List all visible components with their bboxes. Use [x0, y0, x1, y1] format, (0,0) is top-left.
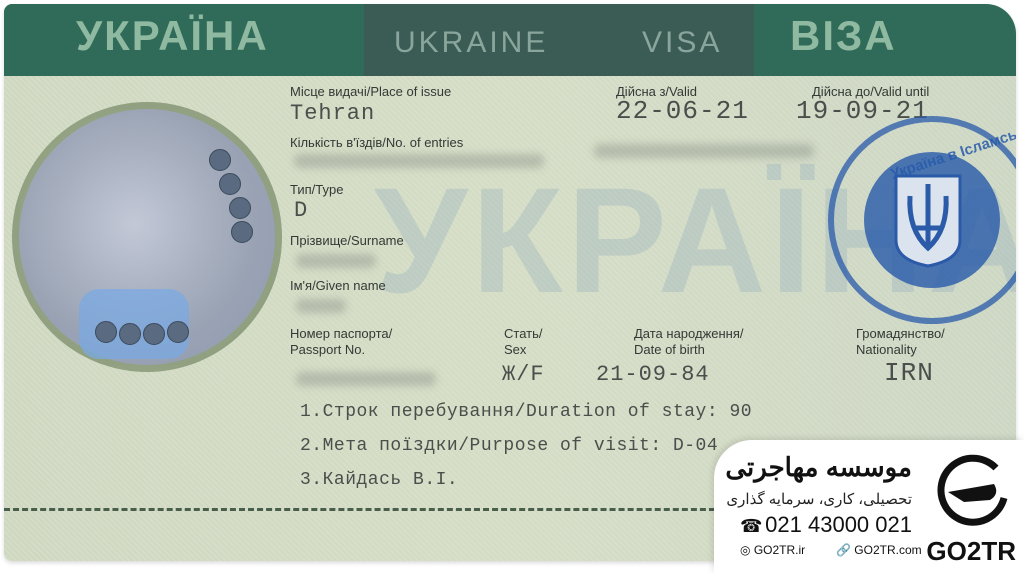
hologram-dot [143, 323, 165, 345]
given-name-label: Ім'я/Given name [290, 278, 386, 293]
country-name-en: UKRAINE [394, 26, 548, 60]
promo-badge: موسسه مهاجرتی تحصیلی، کاری، سرمایه گذاری… [714, 440, 1024, 573]
passport-label-ua: Номер паспорта/ [290, 326, 392, 341]
phone-icon: ☎ [740, 516, 762, 537]
entries-label: Кількість в'їздів/No. of entries [290, 135, 463, 150]
hologram-dot [209, 149, 231, 171]
remark-purpose: 2.Мета поїздки/Purpose of visit: D-04 [300, 436, 718, 456]
type-value: D [294, 198, 308, 223]
place-of-issue-label: Місце видачі/Place of issue [290, 84, 451, 99]
visa-header: УКРАЇНА UKRAINE VISA ВІЗА [4, 4, 1016, 76]
visa-label-ua: ВІЗА [790, 12, 897, 60]
website-link[interactable]: 🔗 GO2TR.com [836, 543, 922, 557]
hologram-seal [12, 102, 282, 372]
hologram-dot [167, 321, 189, 343]
type-label: Тип/Type [290, 182, 343, 197]
promo-phone[interactable]: 021 43000 021 [765, 512, 912, 538]
mrz-divider [4, 508, 724, 511]
promo-subtitle: تحصیلی، کاری، سرمایه گذاری [726, 490, 912, 508]
sex-label-en: Sex [504, 342, 526, 357]
redacted-given-name [296, 299, 346, 313]
redacted-entries [294, 154, 544, 168]
nationality-value: IRN [884, 358, 934, 388]
dob-label-en: Date of birth [634, 342, 705, 357]
redacted-passport [296, 372, 436, 386]
hologram-dot [95, 321, 117, 343]
remark-duration: 1.Строк перебування/Duration of stay: 90 [300, 402, 752, 422]
valid-from-value: 22-06-21 [616, 96, 749, 126]
sex-label-ua: Стать/ [504, 326, 542, 341]
go2tr-plane-logo-icon [934, 454, 1010, 530]
redacted-field [594, 144, 814, 158]
link-icon: 🔗 [836, 543, 851, 557]
sex-value: Ж/F [502, 362, 545, 387]
dob-label-ua: Дата народження/ [634, 326, 744, 341]
instagram-handle: GO2TR.ir [754, 543, 805, 557]
country-name-ua: УКРАЇНА [76, 12, 269, 60]
hologram-dot [229, 197, 251, 219]
promo-brand: GO2TR [926, 536, 1016, 567]
remark-issuer: 3.Кайдась В.І. [300, 470, 458, 490]
hologram-dot [231, 221, 253, 243]
hologram-dot [119, 323, 141, 345]
promo-title: موسسه مهاجرتی [725, 452, 912, 483]
passport-label-en: Passport No. [290, 342, 365, 357]
instagram-link[interactable]: ◎ GO2TR.ir [740, 543, 805, 557]
nationality-label-en: Nationality [856, 342, 917, 357]
hologram-dot [219, 173, 241, 195]
nationality-label-ua: Громадянство/ [856, 326, 945, 341]
dob-value: 21-09-84 [596, 362, 710, 387]
surname-label: Прізвище/Surname [290, 233, 404, 248]
trident-coat-of-arms-icon [888, 170, 968, 270]
place-of-issue-value: Tehran [290, 101, 375, 126]
redacted-surname [296, 254, 376, 268]
website-url: GO2TR.com [854, 543, 921, 557]
instagram-icon: ◎ [740, 543, 750, 557]
visa-label-en: VISA [642, 26, 722, 60]
